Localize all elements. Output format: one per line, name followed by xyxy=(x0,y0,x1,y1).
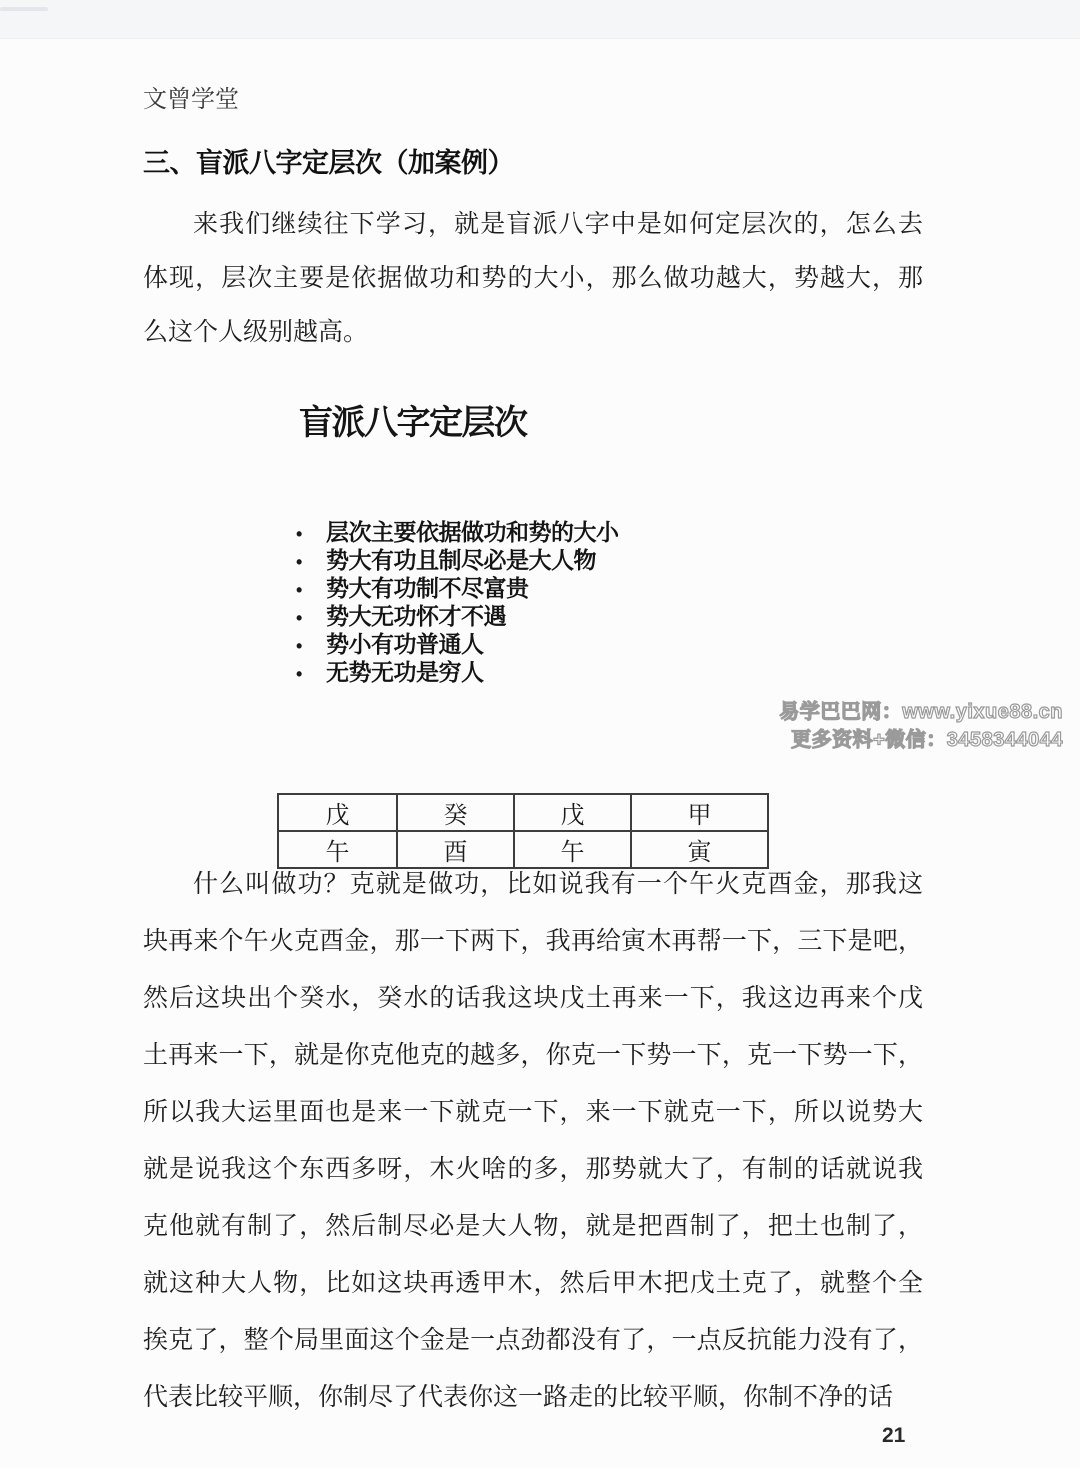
bullet-label: 势小有功普通人 xyxy=(326,630,484,658)
list-item: • 势小有功普通人 xyxy=(296,630,619,658)
section-heading: 三、盲派八字定层次（加案例） xyxy=(143,146,514,180)
bullet-label: 层次主要依据做功和势的大小 xyxy=(326,518,619,546)
photo-top-edge xyxy=(0,0,1080,39)
table-row-stems: 戊 癸 戊 甲 xyxy=(278,794,768,831)
body-line: 代表比较平顺，你制尽了代表你这一路走的比较平顺，你制不净的话 xyxy=(143,1369,923,1426)
body-line: 挨克了，整个局里面这个金是一点劲都没有了，一点反抗能力没有了， xyxy=(143,1312,923,1369)
bullet-icon: • xyxy=(296,576,326,604)
table-cell: 癸 xyxy=(397,794,514,831)
bullet-label: 势大有功且制尽必是大人物 xyxy=(326,546,596,574)
bullet-icon: • xyxy=(296,660,326,688)
body-paragraph: 什么叫做功？克就是做功，比如说我有一个午火克酉金，那我这 块再来个午火克酉金，那… xyxy=(143,856,923,1426)
list-item: • 势大有功且制尽必是大人物 xyxy=(296,546,619,574)
list-item: • 层次主要依据做功和势的大小 xyxy=(296,518,619,546)
brand-header: 文曾学堂 xyxy=(143,84,239,116)
bullet-icon: • xyxy=(296,548,326,576)
intro-line: 来我们继续往下学习，就是盲派八字中是如何定层次的，怎么去 xyxy=(143,198,923,252)
slide-bullet-list: • 层次主要依据做功和势的大小 • 势大有功且制尽必是大人物 • 势大有功制不尽… xyxy=(296,518,619,686)
body-line: 块再来个午火克酉金，那一下两下，我再给寅木再帮一下，三下是吧， xyxy=(143,913,923,970)
bullet-label: 势大无功怀才不遇 xyxy=(326,602,506,630)
body-line: 什么叫做功？克就是做功，比如说我有一个午火克酉金，那我这 xyxy=(143,856,923,913)
bullet-icon: • xyxy=(296,520,326,548)
table-cell: 戊 xyxy=(514,794,631,831)
watermark-line: 易学巴巴网：www.yixue88.cn xyxy=(779,698,1063,726)
bullet-label: 势大有功制不尽富贵 xyxy=(326,574,529,602)
body-line: 所以我大运里面也是来一下就克一下，来一下就克一下，所以说势大 xyxy=(143,1084,923,1141)
intro-paragraph: 来我们继续往下学习，就是盲派八字中是如何定层次的，怎么去 体现，层次主要是依据做… xyxy=(143,198,923,360)
intro-line: 么这个人级别越高。 xyxy=(143,306,923,360)
list-item: • 无势无功是穷人 xyxy=(296,658,619,686)
body-line: 克他就有制了，然后制尽必是大人物，就是把酉制了，把土也制了， xyxy=(143,1198,923,1255)
table-cell: 戊 xyxy=(278,794,397,831)
bullet-icon: • xyxy=(296,632,326,660)
page-number: 21 xyxy=(882,1424,905,1448)
site-watermark: 易学巴巴网：www.yixue88.cn 更多资料+微信：3458344044 xyxy=(779,698,1063,754)
list-item: • 势大无功怀才不遇 xyxy=(296,602,619,630)
slide-title: 盲派八字定层次 xyxy=(299,400,527,446)
bullet-label: 无势无功是穷人 xyxy=(326,658,484,686)
document-page: 文曾学堂 三、盲派八字定层次（加案例） 来我们继续往下学习，就是盲派八字中是如何… xyxy=(0,0,1080,1468)
table-cell: 甲 xyxy=(631,794,768,831)
bullet-icon: • xyxy=(296,604,326,632)
list-item: • 势大有功制不尽富贵 xyxy=(296,574,619,602)
intro-line: 体现，层次主要是依据做功和势的大小，那么做功越大，势越大，那 xyxy=(143,252,923,306)
body-line: 就这种大人物，比如这块再透甲木，然后甲木把戊土克了，就整个全 xyxy=(143,1255,923,1312)
body-line: 土再来一下，就是你克他克的越多，你克一下势一下，克一下势一下， xyxy=(143,1027,923,1084)
body-line: 就是说我这个东西多呀，木火啥的多，那势就大了，有制的话就说我 xyxy=(143,1141,923,1198)
body-line: 然后这块出个癸水，癸水的话我这块戊土再来一下，我这边再来个戊 xyxy=(143,970,923,1027)
scan-artifact xyxy=(0,7,48,11)
watermark-line: 更多资料+微信：3458344044 xyxy=(779,726,1063,754)
